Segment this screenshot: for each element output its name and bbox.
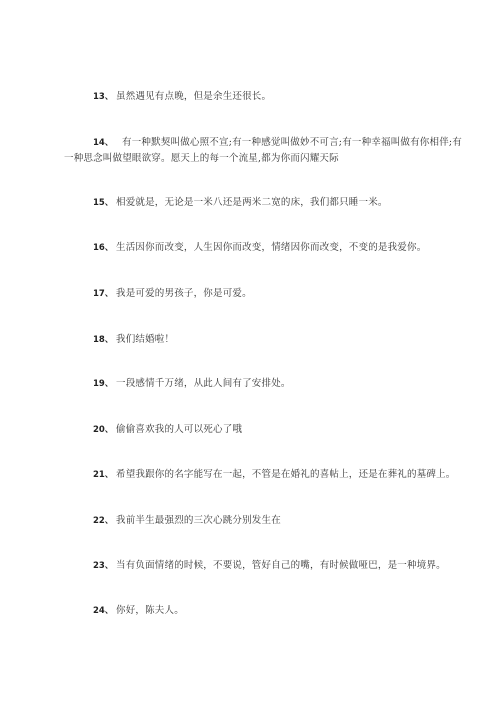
item-text: 虽然遇见有点晚，但是余生还很长。 xyxy=(116,89,271,105)
item-number: 14、 xyxy=(93,135,113,151)
item-text: 相爱就是，无论是一米八还是两米二宽的床，我们都只睡一米。 xyxy=(116,195,388,211)
item-text: 我们结婚啦！ xyxy=(116,332,174,348)
item-text: 你好，陈夫人。 xyxy=(116,603,184,619)
item-text: 我是可爱的男孩子，你是可爱。 xyxy=(116,286,252,302)
item-text: 偷偷喜欢我的人可以死心了哦 xyxy=(116,422,242,438)
item-number: 22、 xyxy=(93,513,113,529)
item-text: 当有负面情绪的时候，不要说，管好自己的嘴，有时候做哑巴，是一种境界。 xyxy=(116,558,446,574)
item-number: 19、 xyxy=(93,376,113,392)
item-text-continuation: 一种思念叫做望眼欲穿。愿天上的每一个流星,都为你而闪耀天际 xyxy=(64,151,339,167)
item-text: 我前半生最强烈的三次心跳分别发生在 xyxy=(116,513,281,529)
item-text: 希望我跟你的名字能写在一起，不管是在婚礼的喜帖上，还是在葬礼的墓碑上。 xyxy=(116,467,456,483)
item-number: 23、 xyxy=(93,558,113,574)
item-text: 有一种默契叫做心照不宣;有一种感觉叫做妙不可言;有一种幸福叫做有你相伴;有 xyxy=(122,135,462,151)
item-number: 17、 xyxy=(93,286,113,302)
item-number: 24、 xyxy=(93,603,113,619)
item-number: 16、 xyxy=(93,240,113,256)
item-number: 20、 xyxy=(93,422,113,438)
item-number: 13、 xyxy=(93,89,113,105)
item-text: 一段感情千万绪，从此人间有了安排处。 xyxy=(116,376,291,392)
item-number: 18、 xyxy=(93,332,113,348)
item-number: 21、 xyxy=(93,467,113,483)
item-number: 15、 xyxy=(93,195,113,211)
item-text: 生活因你而改变，人生因你而改变，情绪因你而改变，不变的是我爱你。 xyxy=(116,240,426,256)
